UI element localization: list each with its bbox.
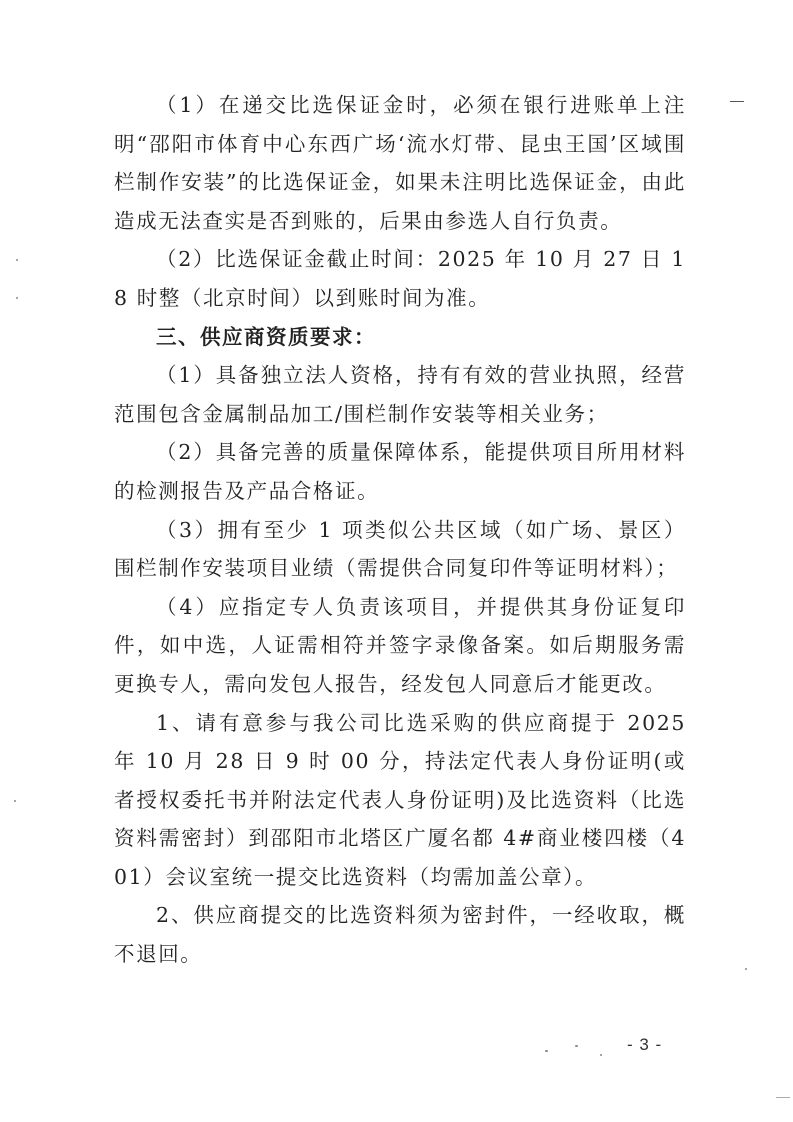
scan-speck <box>14 800 16 802</box>
document-body: （1）在递交比选保证金时，必须在银行进账单上注明“邵阳市体育中心东西广场‘流水灯… <box>114 86 686 974</box>
scan-speck <box>545 1050 548 1052</box>
scan-speck <box>600 1054 602 1056</box>
section-heading-supplier-qualifications: 三、供应商资质要求： <box>114 318 686 357</box>
scan-speck <box>16 259 18 261</box>
deposit-note-paragraph: （1）在递交比选保证金时，必须在银行进账单上注明“邵阳市体育中心东西广场‘流水灯… <box>114 86 686 240</box>
scan-speck <box>16 297 18 299</box>
scan-speck <box>575 1045 578 1047</box>
scan-speck <box>745 968 747 970</box>
submission-instruction-2: 2、供应商提交的比选资料须为密封件，一经收取，概不退回。 <box>114 896 686 973</box>
qualification-item-1: （1）具备独立法人资格，持有有效的营业执照，经营范围包含金属制品加工/围栏制作安… <box>114 356 686 433</box>
page-number: - 3 - <box>627 1035 662 1055</box>
qualification-item-3: （3）拥有至少 1 项类似公共区域（如广场、景区）围栏制作安装项目业绩（需提供合… <box>114 511 686 588</box>
qualification-item-4: （4）应指定专人负责该项目，并提供其身份证复印件，如中选，人证需相符并签字录像备… <box>114 588 686 704</box>
scan-mark <box>776 1097 790 1098</box>
deposit-deadline-paragraph: （2）比选保证金截止时间：2025 年 10 月 27 日 18 时整（北京时间… <box>114 240 686 317</box>
qualification-item-2: （2）具备完善的质量保障体系，能提供项目所用材料的检测报告及产品合格证。 <box>114 433 686 510</box>
scan-mark <box>730 101 744 102</box>
submission-instruction-1: 1、请有意参与我公司比选采购的供应商提于 2025 年 10 月 28 日 9 … <box>114 704 686 897</box>
